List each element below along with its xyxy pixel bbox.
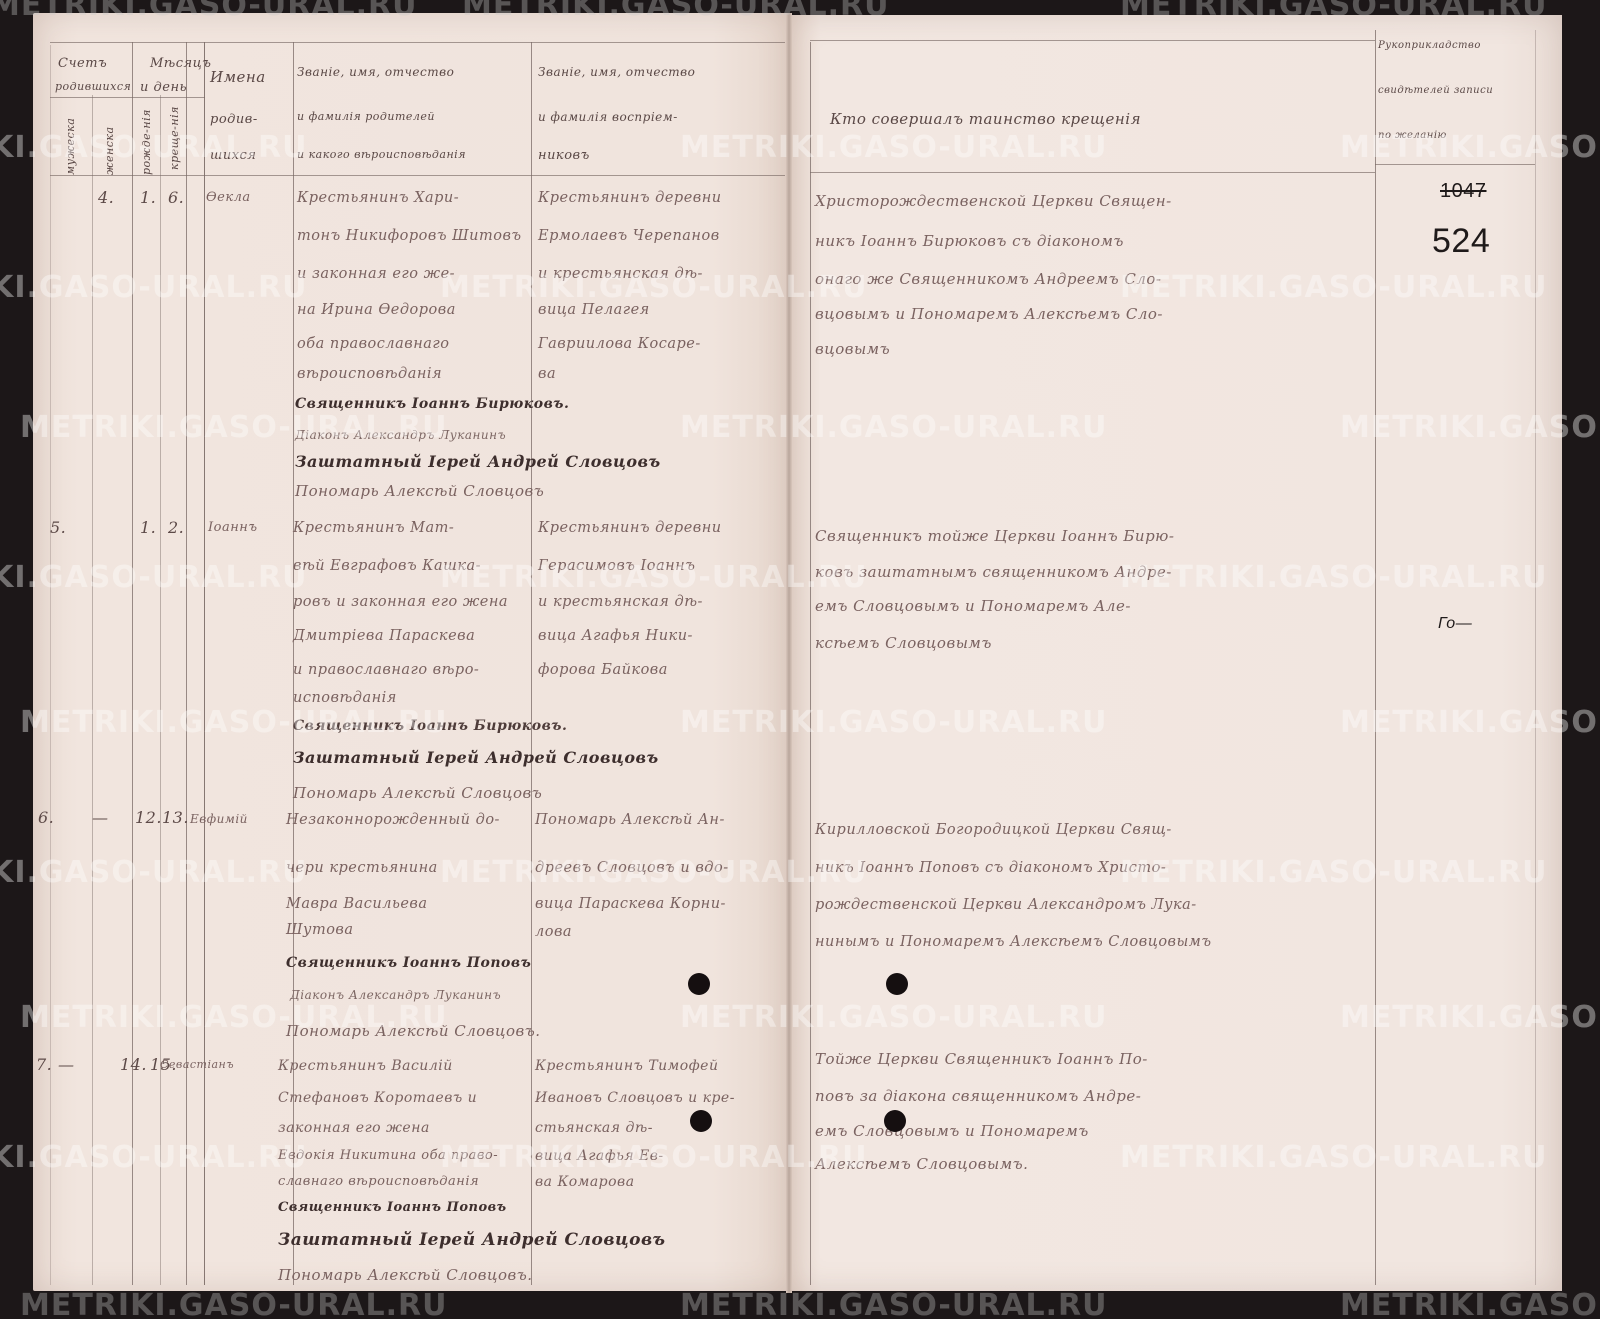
officiant-line: емъ Словцовымъ и Пономаремъ: [815, 1122, 1089, 1140]
rule-line: [160, 95, 161, 1285]
header-godparents: Званіе, имя, отчество: [538, 65, 695, 79]
binding-hole: [884, 1110, 906, 1132]
officiant-line: вцовымъ и Пономаремъ Алексѣемъ Сло-: [815, 305, 1163, 323]
godparents-line: Крестьянинъ деревни: [538, 520, 722, 536]
signature: Діаконъ Александръ Луканинъ: [290, 988, 501, 1002]
male-count: 6.: [38, 808, 54, 827]
baptism-day: 2.: [168, 518, 184, 537]
rule-line: [1535, 30, 1536, 1285]
parents-line: ровъ и законная его жена: [293, 594, 508, 610]
birth-day: 14.: [120, 1055, 147, 1074]
parents-line: Евдокія Никитина оба право-: [278, 1148, 498, 1163]
signature: Пономарь Алексѣй Словцовъ.: [286, 1022, 541, 1040]
header-baptism: креще-нія: [168, 100, 181, 170]
godparents-line: вица Пелагея: [538, 302, 650, 318]
rule-line: [132, 42, 133, 1285]
header-godparents: никовъ: [538, 148, 590, 163]
officiant-line: никъ Іоаннъ Бирюковъ съ діакономъ: [815, 232, 1124, 250]
parents-line: Мавра Васильева: [286, 896, 428, 912]
female-count: —: [58, 1055, 75, 1074]
parents-line: исповѣданія: [293, 690, 397, 706]
rule-line: [50, 175, 785, 176]
godparents-line: ва Комарова: [535, 1174, 635, 1190]
rule-line: [204, 42, 205, 1285]
parents-line: и законная его же-: [297, 266, 455, 282]
child-name: Іоаннъ: [208, 520, 258, 535]
parents-line: славнаго вѣроисповѣданія: [278, 1174, 479, 1189]
rule-line: [810, 40, 1375, 41]
godparents-line: вица Параскева Корни-: [535, 896, 726, 912]
child-name: Евфимій: [190, 812, 248, 826]
struck-record-number: 1047: [1440, 180, 1487, 203]
page-number: 524: [1432, 222, 1490, 261]
header-month-label: и день: [140, 80, 187, 95]
godparents-line: лова: [535, 924, 572, 940]
godparents-line: Крестьянинъ Тимофей: [535, 1058, 718, 1074]
parents-line: Крестьянинъ Василій: [278, 1058, 453, 1074]
officiant-line: Священникъ тойже Церкви Іоаннъ Бирю-: [815, 527, 1174, 545]
parents-line: вѣй Евграфовъ Кашка-: [293, 558, 481, 574]
signature: Священникъ Іоаннъ Поповъ: [286, 955, 531, 971]
header-name: Имена: [210, 68, 266, 86]
parents-line: Крестьянинъ Хари-: [297, 190, 459, 206]
signature: Священникъ Іоаннъ Бирюковъ.: [295, 396, 569, 412]
header-parents: Званіе, имя, отчество: [297, 65, 454, 79]
parents-line: Шутова: [286, 922, 354, 938]
godparents-line: Герасимовъ Іоаннъ: [538, 558, 695, 574]
officiant-line: онаго же Священникомъ Андреемъ Сло-: [815, 270, 1162, 288]
godparents-line: дреевъ Словцовъ и вдо-: [535, 860, 729, 876]
godparents-line: Пономарь Алексѣй Ан-: [535, 812, 725, 828]
header-signature: свидѣтелей записи: [1378, 85, 1493, 96]
officiant-line: повъ за діакона священникомъ Андре-: [815, 1087, 1141, 1105]
binding-hole: [688, 973, 710, 995]
godparents-line: Ивановъ Словцовъ и кре-: [535, 1090, 735, 1106]
signature: Заштатный Іерей Андрей Словцовъ: [295, 452, 661, 471]
officiant-line: рождественской Церкви Александромъ Лука-: [815, 897, 1197, 913]
header-parents: и фамилія родителей: [297, 110, 435, 123]
watermark: METRIKI.GASO-URAL.RU: [1340, 1288, 1600, 1319]
header-officiant: Кто совершалъ таинство крещенія: [830, 110, 1141, 128]
header-count-label: родившихся: [55, 80, 131, 93]
header-name: шихся: [210, 148, 256, 163]
male-count: 7.: [36, 1055, 52, 1074]
birth-day: 1.: [140, 188, 156, 207]
parents-line: законная его жена: [278, 1120, 430, 1136]
signature: Священникъ Іоаннъ Поповъ: [278, 1200, 507, 1215]
parents-line: Стефановъ Коротаевъ и: [278, 1090, 477, 1106]
header-birth: рожде-нія: [140, 105, 153, 175]
parents-line: и православнаго вѣро-: [293, 662, 479, 678]
header-signature: Рукоприкладство: [1378, 40, 1481, 51]
binding-hole: [690, 1110, 712, 1132]
book-gutter: [786, 13, 792, 1293]
godparents-line: Крестьянинъ деревни: [538, 190, 722, 206]
baptism-day: 13.: [162, 808, 189, 827]
margin-note: Го—: [1438, 615, 1472, 633]
rule-line: [92, 95, 93, 1285]
rule-line: [1375, 30, 1376, 1285]
godparents-line: ва: [538, 366, 556, 382]
watermark: METRIKI.GASO-URAL.RU: [20, 1288, 448, 1319]
godparents-line: и крестьянская дѣ-: [538, 594, 703, 610]
rule-line: [50, 42, 785, 43]
parents-line: на Ирина Ѳедорова: [297, 302, 456, 318]
godparents-line: Гавриилова Косаре-: [538, 336, 701, 352]
header-count-label: Счетъ: [58, 56, 107, 71]
signature: Заштатный Іерей Андрей Словцовъ: [278, 1230, 666, 1250]
signature: Пономарь Алексѣй Словцовъ: [293, 784, 542, 802]
header-month-label: Мѣсяцъ: [150, 56, 211, 71]
rule-line: [50, 45, 51, 1285]
parents-line: Крестьянинъ Мат-: [293, 520, 454, 536]
signature: Пономарь Алексѣй Словцовъ: [295, 482, 544, 500]
header-name: родив-: [210, 112, 258, 127]
officiant-line: никъ Іоаннъ Поповъ съ діакономъ Христо-: [815, 860, 1166, 876]
signature: Пономарь Алексѣй Словцовъ.: [278, 1266, 533, 1284]
signature: Заштатный Іерей Андрей Словцовъ: [293, 748, 659, 767]
child-name: Ѳекла: [206, 190, 251, 205]
parents-line: оба православнаго: [297, 336, 449, 352]
header-parents: и какого вѣроисповѣданія: [297, 148, 466, 161]
header-godparents: и фамилія воспріем-: [538, 110, 678, 124]
baptism-day: 6.: [168, 188, 184, 207]
header-male: мужеска: [64, 105, 77, 175]
header-signature: по желанію: [1378, 130, 1447, 141]
child-name: Севастіанъ: [160, 1058, 234, 1071]
rule-line: [186, 42, 187, 1285]
godparents-line: Ермолаевъ Черепанов: [538, 228, 720, 244]
godparents-line: вица Агафья Ники-: [538, 628, 693, 644]
watermark: METRIKI.GASO-URAL.RU: [680, 1288, 1108, 1319]
rule-line: [50, 97, 205, 98]
parents-line: тонъ Никифоровъ Шитовъ: [297, 228, 522, 244]
parents-line: вѣроисповѣданія: [297, 366, 442, 382]
parents-line: чери крестьянина: [286, 860, 438, 876]
birth-day: 12.: [135, 808, 162, 827]
godparents-line: и крестьянская дѣ-: [538, 266, 703, 282]
binding-hole: [886, 973, 908, 995]
officiant-line: Кирилловской Богородицкой Церкви Свящ-: [815, 822, 1172, 838]
rule-line: [531, 42, 532, 1285]
header-female: женска: [103, 105, 116, 175]
officiant-line: емъ Словцовымъ и Пономаремъ Але-: [815, 597, 1131, 615]
godparents-line: стьянская дѣ-: [535, 1120, 653, 1136]
rule-line: [810, 172, 1375, 173]
officiant-line: Алексѣемъ Словцовымъ.: [815, 1155, 1028, 1173]
rule-line: [1375, 164, 1535, 165]
officiant-line: ксѣемъ Словцовымъ: [815, 634, 992, 652]
signature: Діаконъ Александръ Луканинъ: [295, 428, 506, 442]
signature: Священникъ Іоаннъ Бирюковъ.: [293, 718, 567, 734]
parents-line: Незаконнорожденный до-: [286, 812, 500, 828]
officiant-line: Тойже Церкви Священникъ Іоаннъ По-: [815, 1050, 1148, 1068]
officiant-line: нинымъ и Пономаремъ Алексѣемъ Словцовымъ: [815, 934, 1212, 950]
officiant-line: вцовымъ: [815, 340, 890, 358]
rule-line: [810, 42, 811, 1285]
parents-line: Дмитріева Параскева: [293, 628, 475, 644]
female-count: —: [92, 808, 109, 827]
male-count: 5.: [50, 518, 66, 537]
birth-day: 1.: [140, 518, 156, 537]
female-count: 4.: [98, 188, 114, 207]
officiant-line: Христорождественской Церкви Священ-: [815, 192, 1172, 210]
godparents-line: вица Агафья Ев-: [535, 1148, 664, 1164]
officiant-line: ковъ заштатнымъ священникомъ Андре-: [815, 563, 1172, 581]
godparents-line: форова Байкова: [538, 662, 668, 678]
